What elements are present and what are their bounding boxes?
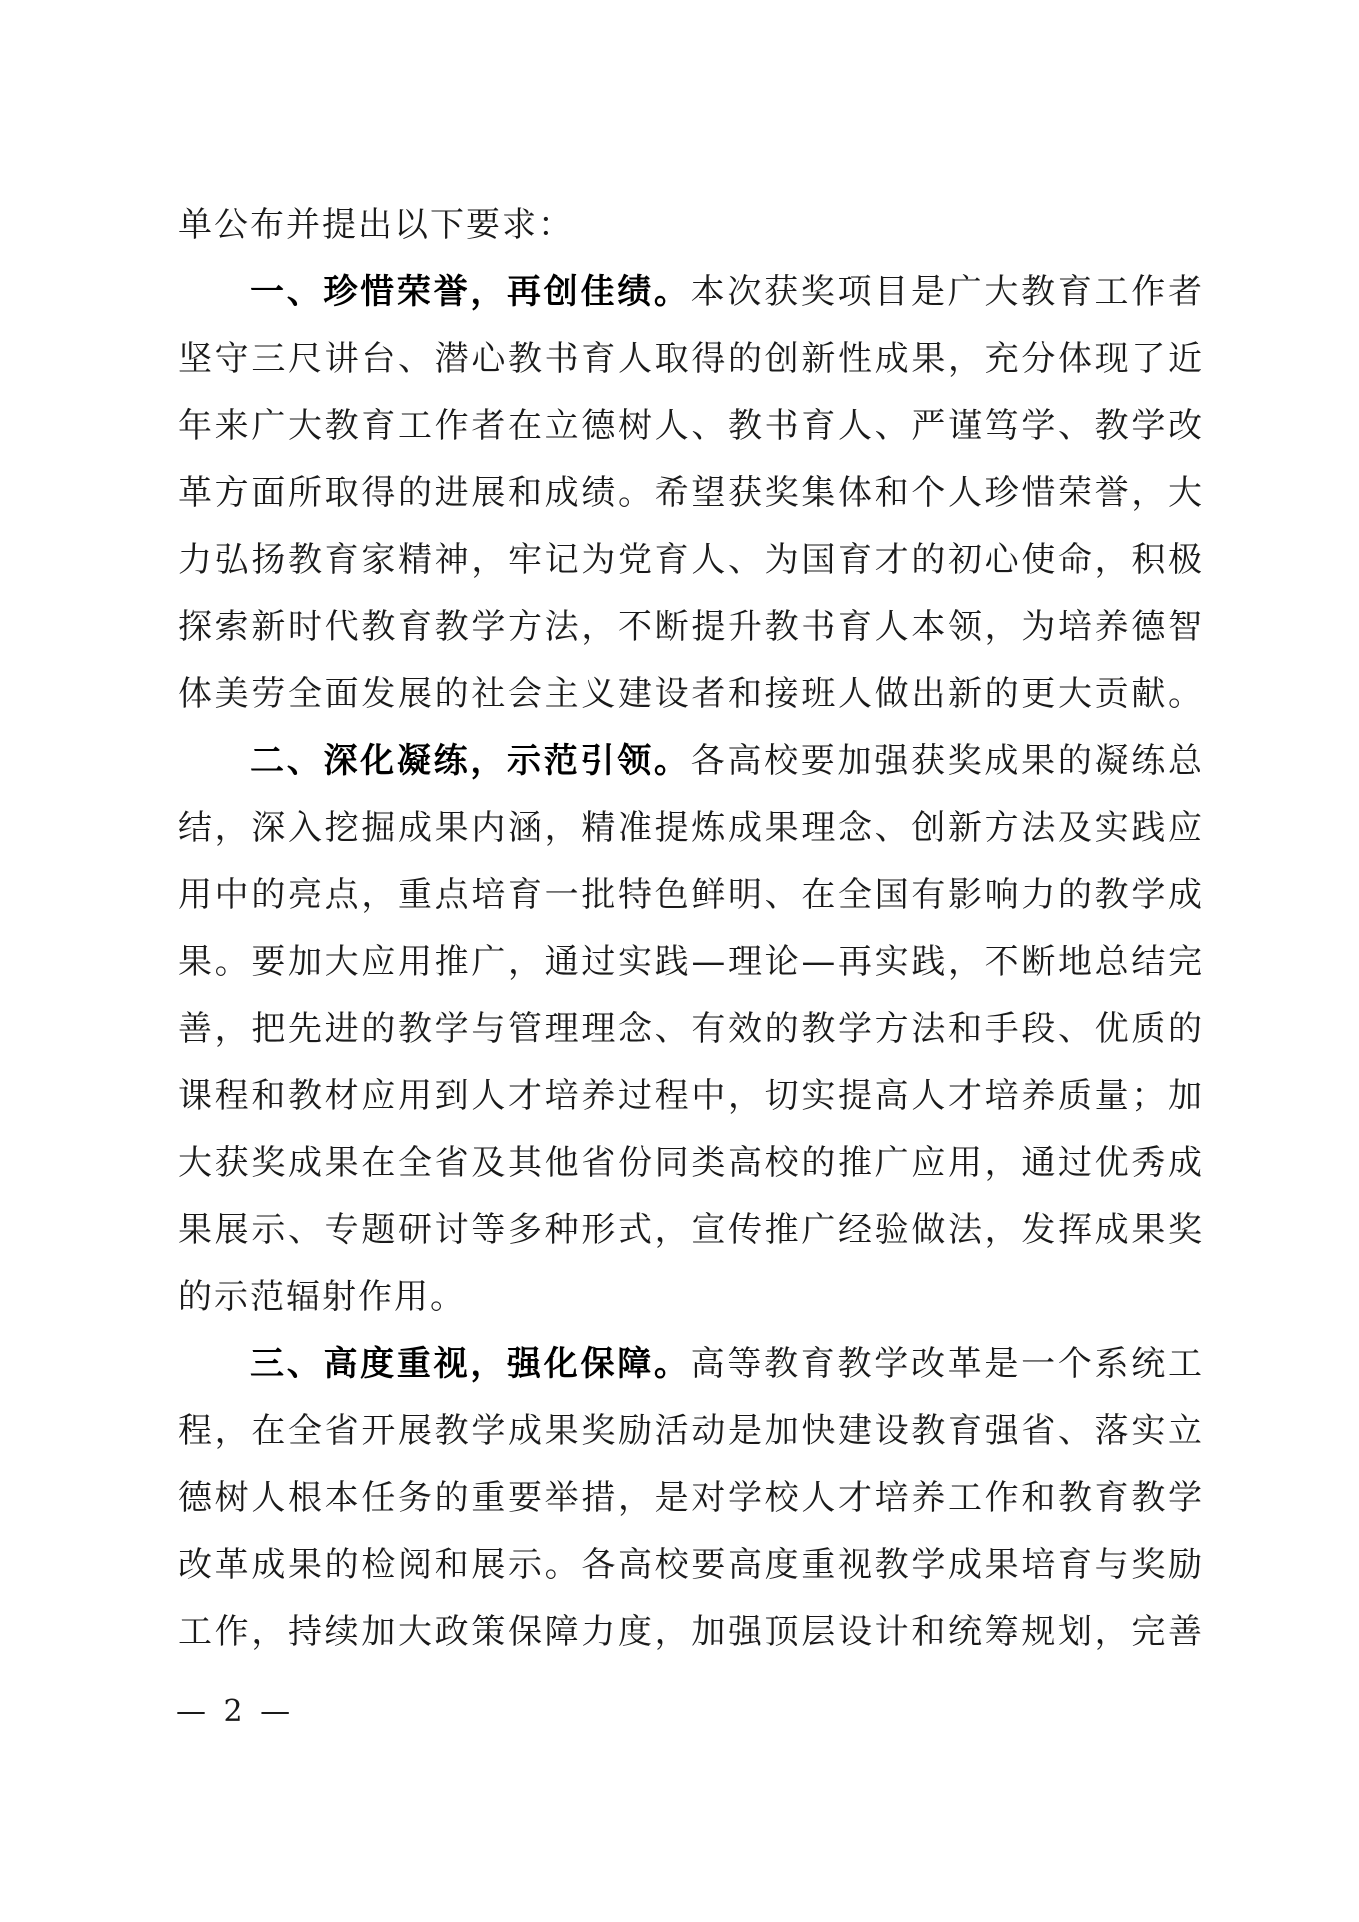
text-line: 探索新时代教育教学方法，不断提升教书育人本领，为培养德智: [178, 594, 1202, 661]
text-line: 改革成果的检阅和展示。各高校要高度重视教学成果培育与奖励: [178, 1532, 1202, 1599]
text-line: 力弘扬教育家精神，牢记为党育人、为国育才的初心使命，积极: [178, 527, 1202, 594]
text-run: 本次获奖项目是广大教育工作者: [691, 272, 1202, 312]
text-line: 大获奖成果在全省及其他省份同类高校的推广应用，通过优秀成: [178, 1130, 1202, 1197]
section-3-first-line: 三、高度重视，强化保障。高等教育教学改革是一个系统工: [178, 1331, 1202, 1398]
document-page: 单公布并提出以下要求： 一、珍惜荣誉，再创佳绩。本次获奖项目是广大教育工作者 坚…: [0, 0, 1359, 1922]
text-line: 果。要加大应用推广，通过实践—理论—再实践，不断地总结完: [178, 929, 1202, 996]
text-line: 果展示、专题研讨等多种形式，宣传推广经验做法，发挥成果奖: [178, 1197, 1202, 1264]
text-line: 单公布并提出以下要求：: [178, 192, 1202, 259]
section-heading: 一、珍惜荣誉，再创佳绩。: [250, 272, 691, 312]
text-line: 善，把先进的教学与管理理念、有效的教学方法和手段、优质的: [178, 996, 1202, 1063]
text-line: 革方面所取得的进展和成绩。希望获奖集体和个人珍惜荣誉，大: [178, 460, 1202, 527]
text-run: 高等教育教学改革是一个系统工: [691, 1344, 1202, 1384]
page-number: — 2 —: [176, 1694, 294, 1729]
body-text: 单公布并提出以下要求： 一、珍惜荣誉，再创佳绩。本次获奖项目是广大教育工作者 坚…: [178, 192, 1202, 1666]
text-run: 各高校要加强获奖成果的凝练总: [691, 741, 1202, 781]
text-line: 坚守三尺讲台、潜心教书育人取得的创新性成果，充分体现了近: [178, 326, 1202, 393]
text-line: 年来广大教育工作者在立德树人、教书育人、严谨笃学、教学改: [178, 393, 1202, 460]
section-2-first-line: 二、深化凝练，示范引领。各高校要加强获奖成果的凝练总: [178, 728, 1202, 795]
section-heading: 二、深化凝练，示范引领。: [250, 741, 691, 781]
text-line: 用中的亮点，重点培育一批特色鲜明、在全国有影响力的教学成: [178, 862, 1202, 929]
text-line: 结，深入挖掘成果内涵，精准提炼成果理念、创新方法及实践应: [178, 795, 1202, 862]
text-line: 德树人根本任务的重要举措，是对学校人才培养工作和教育教学: [178, 1465, 1202, 1532]
text-line: 的示范辐射作用。: [178, 1264, 1202, 1331]
section-1-first-line: 一、珍惜荣誉，再创佳绩。本次获奖项目是广大教育工作者: [178, 259, 1202, 326]
text-line: 程，在全省开展教学成果奖励活动是加快建设教育强省、落实立: [178, 1398, 1202, 1465]
text-line: 体美劳全面发展的社会主义建设者和接班人做出新的更大贡献。: [178, 661, 1202, 728]
text-line: 工作，持续加大政策保障力度，加强顶层设计和统筹规划，完善: [178, 1599, 1202, 1666]
text-line: 课程和教材应用到人才培养过程中，切实提高人才培养质量；加: [178, 1063, 1202, 1130]
section-heading: 三、高度重视，强化保障。: [250, 1344, 691, 1384]
